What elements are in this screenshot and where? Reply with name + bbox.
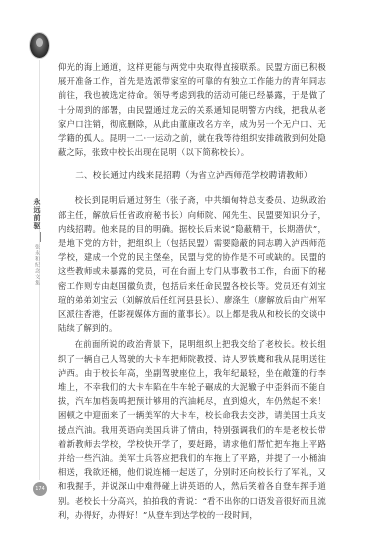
book-title: 永远前驱 [33,198,42,230]
book-subtitle: 张永和纪念文集 [33,244,40,286]
title-divider [40,232,41,242]
author-portrait [30,33,49,58]
side-title: 永远前驱 张永和纪念文集 [33,198,47,286]
paragraph: 在前面所说的政治背景下，昆明组织上把我交给了老校长。校长组织了一辆自己人驾驶的大… [58,337,326,522]
section-heading: 二、校长通过内线来昆招聘（为省立泸西师范学校聘请教师） [58,169,326,183]
page-number: 174 [33,482,47,496]
portrait-face [36,38,43,47]
page-body: 仰光的海上通道，这样更能与两党中央取得直接联系。民盟方面已积极展开准备工作，首先… [58,60,326,522]
paragraph: 校长到昆明后通过努生（张子斋，中共缅甸特总支委员、边纵政治部主任，解放后任省政府… [58,193,326,335]
paragraph-continued: 仰光的海上通道，这样更能与两党中央取得直接联系。民盟方面已积极展开准备工作，首先… [58,60,326,159]
